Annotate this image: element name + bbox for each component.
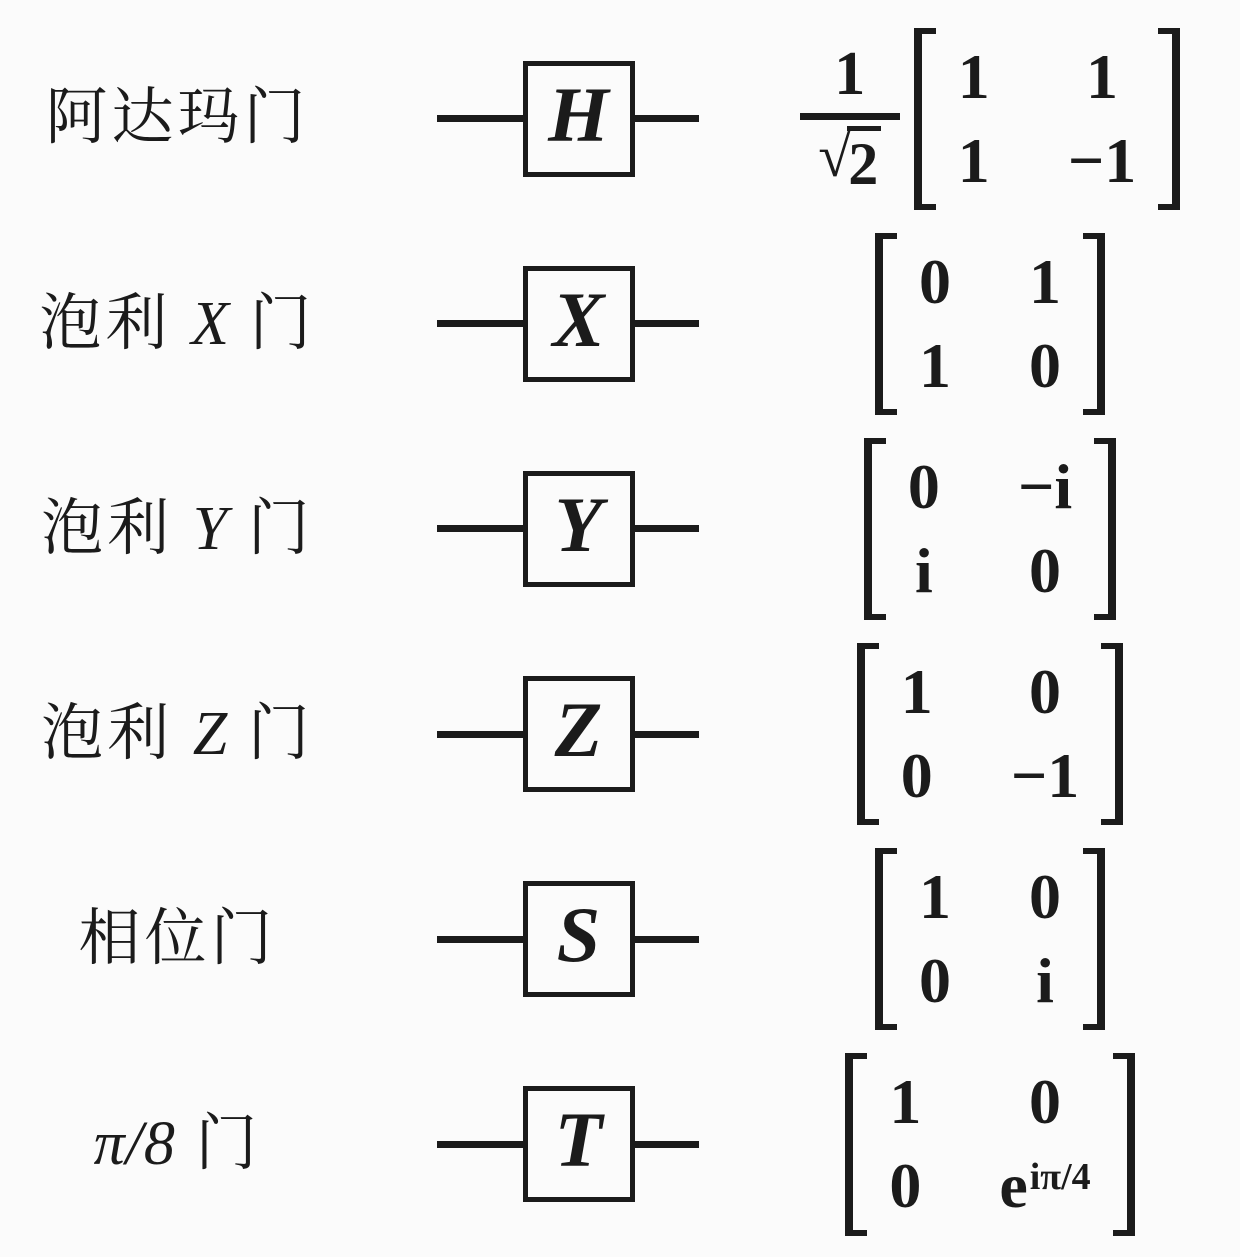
matrix-cell: 0: [1029, 532, 1061, 610]
prefactor-fraction: 1 √2: [800, 43, 900, 194]
wire-left: [437, 525, 523, 532]
gate-box: H: [523, 61, 635, 177]
gate-row-pauli-x: 泡利 X 门 X 0 1 1 0: [0, 221, 1240, 426]
matrix-cells: 1 0 0 eiπ/4: [867, 1053, 1112, 1235]
gate-box: T: [523, 1086, 635, 1202]
right-bracket: [1094, 438, 1116, 620]
matrix-cell: 0: [919, 942, 951, 1020]
gate-row-pauli-z: 泡利 Z 门 Z 1 0 0 −1: [0, 632, 1240, 837]
wire-left: [437, 320, 523, 327]
matrix-cell: 1: [1029, 243, 1061, 321]
quantum-gates-figure: 阿达玛门 H 1 √2 1 1 1 −1: [0, 0, 1240, 1257]
matrix-cell: 0: [1029, 858, 1061, 936]
matrix-cells: 1 0 0 −1: [879, 643, 1101, 825]
radicand: 2: [847, 126, 881, 194]
right-bracket: [1083, 848, 1105, 1030]
left-bracket: [875, 848, 897, 1030]
matrix-pauli-x: 0 1 1 0: [710, 233, 1240, 415]
matrix-cell: 1: [919, 327, 951, 405]
wire-left: [437, 115, 523, 122]
exp-superscript: iπ/4: [1030, 1156, 1091, 1198]
matrix-cell: 1: [1086, 38, 1118, 116]
matrix-cell: 1: [919, 858, 951, 936]
matrix-brackets: 0 1 1 0: [875, 233, 1105, 415]
circuit-symbol-pauli-y: Y: [425, 471, 710, 587]
exp-base: e: [999, 1150, 1027, 1221]
circuit-symbol-pauli-z: Z: [425, 676, 710, 792]
matrix-brackets: 1 0 0 i: [875, 848, 1105, 1030]
gate-box: S: [523, 881, 635, 997]
gate-box: Z: [523, 676, 635, 792]
gate-letter: Z: [555, 691, 603, 777]
matrix-cell: 1: [958, 38, 990, 116]
gate-name-pi-over-8: π/8 门: [0, 1110, 355, 1178]
right-bracket: [1101, 643, 1123, 825]
gate-box: X: [523, 266, 635, 382]
matrix-brackets: 1 1 1 −1: [914, 28, 1180, 210]
matrix-cell: 0: [889, 1147, 921, 1225]
matrix-cell: −1: [1011, 737, 1079, 815]
matrix-cell-exponential: eiπ/4: [999, 1147, 1090, 1225]
matrix-cell: 1: [889, 1063, 921, 1141]
matrix-brackets: 1 0 0 −1: [857, 643, 1123, 825]
matrix-hadamard: 1 √2 1 1 1 −1: [710, 28, 1240, 210]
gate-letter: T: [555, 1101, 603, 1187]
matrix-cells: 0 −i i 0: [886, 438, 1094, 620]
gate-row-pauli-y: 泡利 Y 门 Y 0 −i i 0: [0, 426, 1240, 631]
wire-right: [635, 525, 699, 532]
gate-name-variable: π/8: [94, 1110, 176, 1178]
matrix-pauli-z: 1 0 0 −1: [710, 643, 1240, 825]
matrix-cell: i: [1036, 942, 1054, 1020]
matrix-cells: 1 1 1 −1: [936, 28, 1158, 210]
gate-name-variable: X: [191, 290, 230, 358]
matrix-cell: 1: [958, 122, 990, 200]
gate-row-hadamard: 阿达玛门 H 1 √2 1 1 1 −1: [0, 16, 1240, 221]
matrix-cell: 0: [1029, 1063, 1061, 1141]
matrix-cell: −i: [1018, 448, 1072, 526]
matrix-cell: i: [915, 532, 933, 610]
left-bracket: [875, 233, 897, 415]
gate-letter: S: [557, 896, 600, 982]
matrix-phase: 1 0 0 i: [710, 848, 1240, 1030]
gate-name-hadamard: 阿达玛门: [0, 84, 355, 152]
wire-right: [635, 320, 699, 327]
matrix-cell: 0: [919, 243, 951, 321]
gate-name-phase: 相位门: [0, 905, 355, 973]
matrix-cell: 0: [1029, 327, 1061, 405]
fraction-numerator: 1: [834, 43, 865, 113]
gate-name-variable: Z: [193, 700, 228, 768]
circuit-symbol-pi-over-8: T: [425, 1086, 710, 1202]
matrix-cell: 1: [901, 653, 933, 731]
left-bracket: [864, 438, 886, 620]
gate-name-text: 泡利: [40, 290, 192, 358]
wire-left: [437, 1141, 523, 1148]
gate-name-suffix: 门: [230, 290, 316, 358]
gate-name-pauli-y: 泡利 Y 门: [0, 495, 355, 563]
circuit-symbol-hadamard: H: [425, 61, 710, 177]
gate-letter: H: [548, 76, 609, 162]
gate-name-text: 泡利: [41, 495, 193, 563]
circuit-symbol-phase: S: [425, 881, 710, 997]
gate-letter: X: [552, 281, 604, 367]
wire-left: [437, 731, 523, 738]
gate-name-pauli-z: 泡利 Z 门: [0, 700, 355, 768]
left-bracket: [914, 28, 936, 210]
gate-name-suffix: 门: [176, 1110, 262, 1178]
gate-name-suffix: 门: [228, 495, 314, 563]
matrix-cell: 0: [1029, 653, 1061, 731]
matrix-pi-over-8: 1 0 0 eiπ/4: [710, 1053, 1240, 1235]
fraction-bar: [800, 113, 900, 120]
wire-right: [635, 115, 699, 122]
matrix-cells: 1 0 0 i: [897, 848, 1083, 1030]
gate-name-text: 阿达玛门: [45, 84, 309, 152]
wire-right: [635, 731, 699, 738]
matrix-cell: −1: [1068, 122, 1136, 200]
gate-letter: Y: [555, 486, 603, 572]
wire-right: [635, 1141, 699, 1148]
circuit-symbol-pauli-x: X: [425, 266, 710, 382]
gate-name-pauli-x: 泡利 X 门: [0, 290, 355, 358]
gate-name-variable: Y: [193, 495, 228, 563]
gate-row-pi-over-8: π/8 门 T 1 0 0 eiπ/4: [0, 1042, 1240, 1247]
gate-name-text: 泡利: [41, 700, 193, 768]
gate-name-text: 相位门: [78, 905, 276, 973]
left-bracket: [857, 643, 879, 825]
left-bracket: [845, 1053, 867, 1235]
matrix-cell: 0: [901, 737, 933, 815]
matrix-pauli-y: 0 −i i 0: [710, 438, 1240, 620]
matrix-brackets: 0 −i i 0: [864, 438, 1116, 620]
right-bracket: [1158, 28, 1180, 210]
matrix-brackets: 1 0 0 eiπ/4: [845, 1053, 1134, 1235]
wire-left: [437, 936, 523, 943]
right-bracket: [1113, 1053, 1135, 1235]
sqrt-expression: √2: [818, 120, 881, 194]
right-bracket: [1083, 233, 1105, 415]
gate-box: Y: [523, 471, 635, 587]
matrix-cells: 0 1 1 0: [897, 233, 1083, 415]
gate-name-suffix: 门: [228, 700, 314, 768]
gate-row-phase: 相位门 S 1 0 0 i: [0, 837, 1240, 1042]
matrix-cell: 0: [908, 448, 940, 526]
wire-right: [635, 936, 699, 943]
